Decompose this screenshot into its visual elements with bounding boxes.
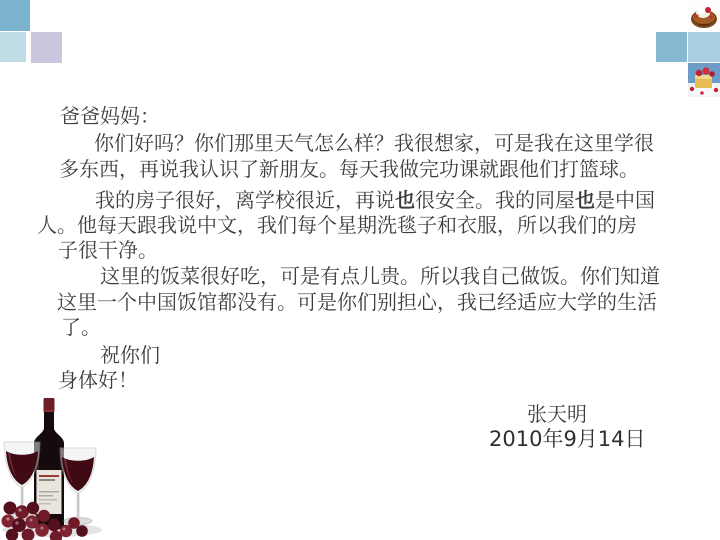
letter-line: 这里的饭菜很好吃，可是有点儿贵。所以我自己做饭。你们知道 xyxy=(100,265,660,287)
letter-text-segment: 也 xyxy=(575,188,595,212)
letter-body: 张天明 2010年9月14日 爸爸妈妈：你们好吗？你们那里天气怎么样？我很想家，… xyxy=(0,0,720,540)
letter-line: 子很干净。 xyxy=(58,239,158,261)
letter-text-segment: 很安全。我的同屋 xyxy=(415,188,575,212)
letter-text-segment: 了。 xyxy=(61,315,101,339)
letter-line: 人。他每天跟我说中文，我们每个星期洗毯子和衣服，所以我们的房 xyxy=(37,214,637,236)
letter-line: 你们好吗？你们那里天气怎么样？我很想家，可是我在这里学很 xyxy=(94,132,654,154)
letter-line: 这里一个中国饭馆都没有。可是你们别担心，我已经适应大学的生活 xyxy=(57,291,657,313)
letter-text-segment: 这里一个中国饭馆都没有。可是你们别担心，我已经适应大学的生活 xyxy=(57,290,657,314)
letter-text-segment: 我的房子很好，离学校很近，再说 xyxy=(95,188,395,212)
letter-text-segment: 你们好吗？你们那里天气怎么样？我很想家，可是我在这里学很 xyxy=(94,131,654,155)
letter-line: 我的房子很好，离学校很近，再说也很安全。我的同屋也是中国 xyxy=(95,189,655,211)
letter-text-segment: 人。他每天跟我说中文，我们每个星期洗毯子和衣服，所以我们的房 xyxy=(37,213,637,237)
letter-line: 爸爸妈妈： xyxy=(60,105,160,127)
signature-date: 2010年9月14日 xyxy=(489,423,646,453)
letter-line: 祝你们 xyxy=(100,344,160,366)
letter-text-segment: 身体好！ xyxy=(58,368,138,392)
letter-line: 多东西，再说我认识了新朋友。每天我做完功课就跟他们打篮球。 xyxy=(59,158,639,180)
letter-text-segment: 爸爸妈妈： xyxy=(60,104,160,128)
letter-text-segment: 多东西，再说我认识了新朋友。每天我做完功课就跟他们打篮球。 xyxy=(59,157,639,181)
letter-text-segment: 也 xyxy=(395,188,415,212)
letter-text-segment: 子很干净。 xyxy=(58,238,158,262)
letter-text-segment: 这里的饭菜很好吃，可是有点儿贵。所以我自己做饭。你们知道 xyxy=(100,264,660,288)
letter-line: 了。 xyxy=(61,316,101,338)
slide-canvas: 张天明 2010年9月14日 爸爸妈妈：你们好吗？你们那里天气怎么样？我很想家，… xyxy=(0,0,720,540)
letter-text-segment: 祝你们 xyxy=(100,343,160,367)
letter-line: 身体好！ xyxy=(58,369,138,391)
letter-text-segment: 是中国 xyxy=(595,188,655,212)
